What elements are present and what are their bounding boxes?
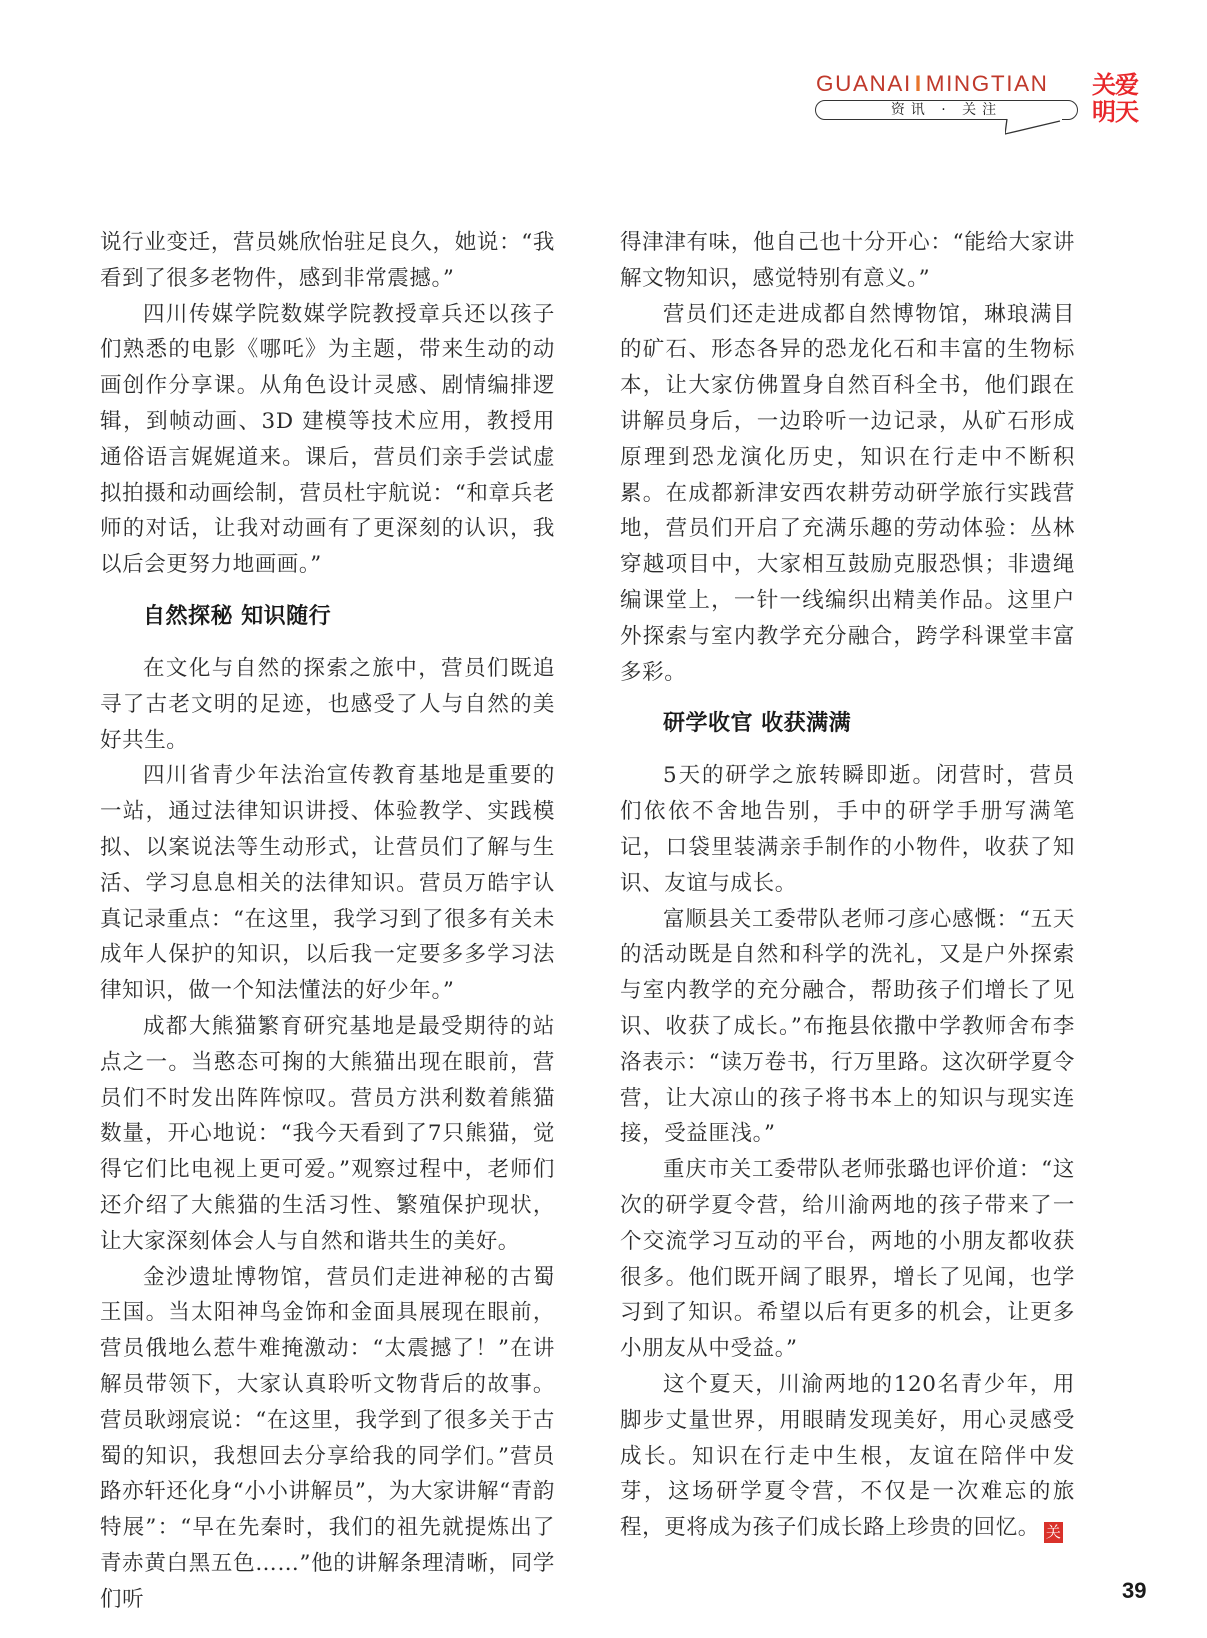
paragraph: 四川传媒学院数媒学院教授章兵还以孩子们熟悉的电影《哪吒》为主题，带来生动的动画创… xyxy=(100,297,555,583)
paragraph: 富顺县关工委带队老师刁彦心感慨：“五天的活动既是自然和科学的洗礼，又是户外探索与… xyxy=(620,902,1075,1153)
brand-separator: I xyxy=(912,71,926,96)
paragraph-text: 这个夏天，川渝两地的120名青少年，用脚步丈量世界，用眼睛发现美好，用心灵感受成… xyxy=(620,1372,1075,1540)
left-column: 说行业变迁，营员姚欣怡驻足良久，她说：“我看到了很多老物件，感到非常震撼。” 四… xyxy=(100,225,555,1617)
paragraph: 5天的研学之旅转瞬即逝。闭营时，营员们依依不舍地告别，手中的研学手册写满笔记，口… xyxy=(620,758,1075,901)
paragraph: 成都大熊猫繁育研究基地是最受期待的站点之一。当憨态可掬的大熊猫出现在眼前，营员们… xyxy=(100,1009,555,1260)
brand-cn-line2: 明天 xyxy=(1092,99,1142,126)
brand-en-right: MINGTIAN xyxy=(926,71,1049,96)
page-header: GUANAIIMINGTIAN 资讯 · 关注 关爱 明天 xyxy=(0,0,1207,150)
brand-english-title: GUANAIIMINGTIAN xyxy=(816,72,1049,96)
paragraph: 说行业变迁，营员姚欣怡驻足良久，她说：“我看到了很多老物件，感到非常震撼。” xyxy=(100,225,555,297)
right-column: 得津津有味，他自己也十分开心：“能给大家讲解文物知识，感觉特别有意义。” 营员们… xyxy=(620,225,1075,1546)
section-label: 资讯 · 关注 xyxy=(815,100,1078,120)
brand-cn-line1: 关爱 xyxy=(1092,72,1142,99)
paragraph: 在文化与自然的探索之旅中，营员们既追寻了古老文明的足迹，也感受了人与自然的美好共… xyxy=(100,651,555,758)
section-heading: 研学收官 收获满满 xyxy=(663,706,1075,742)
paragraph: 四川省青少年法治宣传教育基地是重要的一站，通过法律知识讲授、体验教学、实践模拟、… xyxy=(100,758,555,1009)
paragraph: 得津津有味，他自己也十分开心：“能给大家讲解文物知识，感觉特别有意义。” xyxy=(620,225,1075,297)
paragraph: 重庆市关工委带队老师张璐也评价道：“这次的研学夏令营，给川渝两地的孩子带来了一个… xyxy=(620,1152,1075,1367)
section-heading: 自然探秘 知识随行 xyxy=(143,599,555,635)
brand-chinese-logo: 关爱 明天 xyxy=(1092,72,1142,126)
paragraph-final: 这个夏天，川渝两地的120名青少年，用脚步丈量世界，用眼睛发现美好，用心灵感受成… xyxy=(620,1367,1075,1546)
brand-en-left: GUANAI xyxy=(816,71,912,96)
end-mark-icon: 关 xyxy=(1044,1522,1063,1543)
paragraph: 金沙遗址博物馆，营员们走进神秘的古蜀王国。当太阳神鸟金饰和金面具展现在眼前，营员… xyxy=(100,1260,555,1618)
page-number: 39 xyxy=(1122,1578,1146,1604)
paragraph: 营员们还走进成都自然博物馆，琳琅满目的矿石、形态各异的恐龙化石和丰富的生物标本，… xyxy=(620,297,1075,691)
